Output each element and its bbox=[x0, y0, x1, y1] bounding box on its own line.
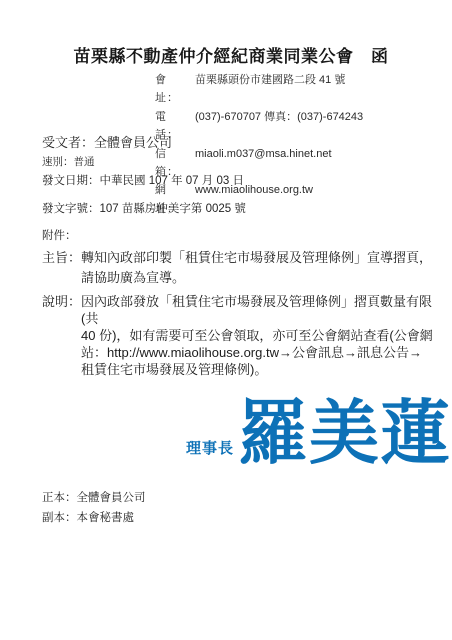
recipient-value: 全體會員公司 bbox=[94, 135, 172, 150]
contact-address-label: 會 址： bbox=[155, 71, 195, 108]
attachment-label: 附件： bbox=[42, 230, 77, 242]
recipient-line: 受文者：全體會員公司 bbox=[42, 132, 172, 151]
contact-block: 會 址： 苗栗縣頭份市建國路二段 41 號 電 話： (037)-670707 … bbox=[155, 71, 363, 218]
signature-name: 羅美蓮 bbox=[238, 398, 451, 468]
subject-label: 主旨： bbox=[42, 248, 81, 268]
original-copy-label: 正本： bbox=[42, 492, 77, 504]
subject-text: 轉知內政部印製「租賃住宅市場發展及管理條例」宣導摺頁， 請協助廣為宣導。 bbox=[81, 248, 442, 287]
page-title: 苗栗縣不動產仲介經紀商業同業公會 函 bbox=[0, 42, 452, 67]
original-copy-line: 正本：全體會員公司 bbox=[42, 489, 146, 505]
subject-paragraph: 主旨： 轉知內政部印製「租賃住宅市場發展及管理條例」宣導摺頁， 請協助廣為宣導。 bbox=[42, 248, 442, 287]
explanation-paragraph: 說明： 因內政部發放「租賃住宅市場發展及管理條例」摺頁數量有限(共 40 份)，… bbox=[42, 293, 442, 378]
speed-label: 速別： bbox=[42, 156, 74, 168]
issue-date-label: 發文日期： bbox=[42, 175, 100, 187]
speed-value: 普通 bbox=[74, 156, 95, 168]
doc-number-line: 發文字號：107 苗縣房仲美字第 0025 號 bbox=[42, 200, 246, 216]
contact-address-value: 苗栗縣頭份市建國路二段 41 號 bbox=[195, 71, 345, 108]
issue-date-value: 中華民國 107 年 07 月 03 日 bbox=[100, 175, 244, 187]
explanation-label: 說明： bbox=[42, 293, 81, 310]
contact-address: 會 址： 苗栗縣頭份市建國路二段 41 號 bbox=[155, 71, 363, 108]
issue-date-line: 發文日期：中華民國 107 年 07 月 03 日 bbox=[42, 172, 244, 188]
duplicate-copy-line: 副本：本會秘書處 bbox=[42, 509, 134, 525]
contact-phone-value: (037)-670707 傳真：(037)-674243 bbox=[195, 108, 363, 145]
signature-block: 理事長 羅美蓮 bbox=[186, 398, 451, 468]
recipient-label: 受文者： bbox=[42, 135, 94, 150]
signature-role: 理事長 bbox=[186, 437, 234, 458]
doc-number-label: 發文字號： bbox=[42, 203, 100, 215]
speed-line: 速別：普通 bbox=[42, 154, 95, 169]
original-copy-value: 全體會員公司 bbox=[77, 492, 146, 504]
duplicate-copy-value: 本會秘書處 bbox=[77, 512, 135, 524]
attachment-line: 附件： bbox=[42, 227, 77, 243]
contact-phone: 電 話： (037)-670707 傳真：(037)-674243 bbox=[155, 108, 363, 145]
doc-number-value: 107 苗縣房仲美字第 0025 號 bbox=[100, 203, 246, 215]
duplicate-copy-label: 副本： bbox=[42, 512, 77, 524]
explanation-text: 因內政部發放「租賃住宅市場發展及管理條例」摺頁數量有限(共 40 份)，如有需要… bbox=[81, 293, 442, 378]
letter-page: 苗栗縣不動產仲介經紀商業同業公會 函 會 址： 苗栗縣頭份市建國路二段 41 號… bbox=[0, 0, 452, 640]
